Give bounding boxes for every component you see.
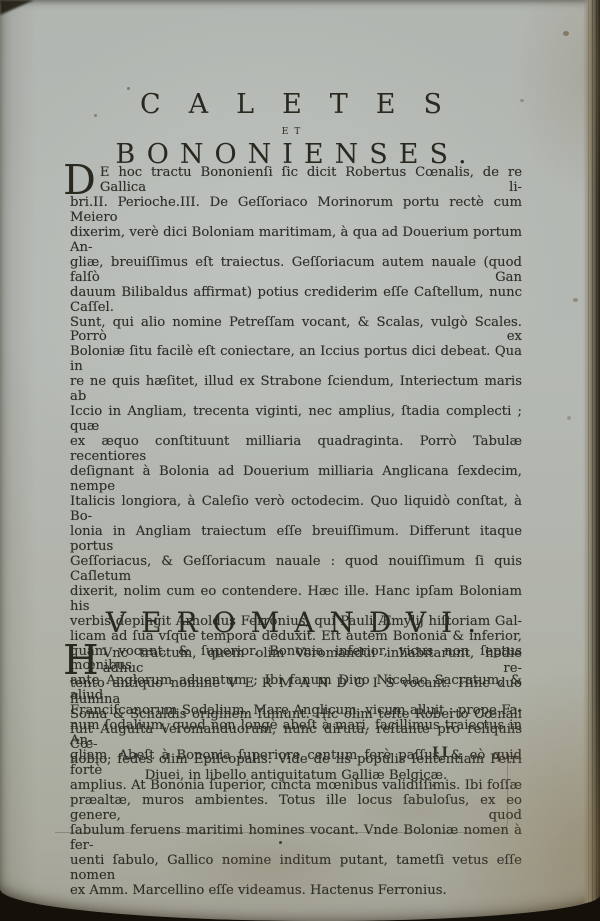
text-line: uenti ſabulo, Gallico nomine inditum put… [70, 854, 522, 884]
page-edge-line [588, 0, 589, 921]
text-line: dauum Bilibaldus affirmat) potius credid… [70, 286, 522, 316]
paragraph-veromandvi: HVnc tractum, quem olim Veromandui inhab… [70, 646, 522, 783]
book-photo: { "colors": { "photo_bg": "#14100a", "pa… [0, 0, 600, 921]
text-line: Sunt, qui alio nomine Petreſſam vocant, … [70, 316, 522, 346]
text-line: Soma & Schaldis originem ſumunt. Hic oli… [70, 707, 522, 722]
title-conjunction-et: ET [60, 127, 522, 137]
foxing-spot [563, 31, 569, 36]
text-line: Iccio in Angliam, trecenta viginti, nec … [70, 405, 522, 435]
book-page: CALETES ET BONONIENSES. DE hoc tractu Bo… [0, 0, 600, 921]
text-line: ſabulum feruens maritimi homines vocant.… [70, 824, 522, 854]
text-line: Geſſoriacus, & Geſſoriacum nauale : quod… [70, 555, 522, 585]
page-edge-line [592, 0, 593, 921]
text-line: præaltæ, muros ambientes. Totus ille loc… [70, 794, 522, 824]
text-line: fuit Auguſta Veromanduorum, nunc diruta,… [70, 722, 522, 752]
drop-cap: H [63, 646, 99, 676]
text-line: dixerim, verè dici Boloniam maritimam, à… [70, 226, 522, 256]
page-edge-stack [583, 0, 600, 921]
foxing-spot [567, 416, 571, 420]
text-line: Italicis longiora, à Caleſio verò octode… [70, 495, 522, 525]
text-line: bri.II. Perioche.III. De Geſſoriaco Mori… [70, 196, 522, 226]
text-line: ex Amm. Marcellino eſſe videamus. Hacten… [70, 884, 522, 899]
text-line: gliæ, breuiſſimus eſt traiectus. Geſſori… [70, 256, 522, 286]
folio-number: II [432, 745, 451, 761]
text-line: re ne quis hæſitet, illud ex Strabone ſc… [70, 375, 522, 405]
photo-corner-shadow [0, 0, 34, 15]
text-line: ex æquo conſtituunt milliaria quadragint… [70, 435, 522, 465]
text-line: E hoc tractu Bononienſi ſic dicit Robert… [70, 166, 522, 196]
paragraph-bononienses: DE hoc tractu Bononienſi ſic dicit Rober… [70, 166, 522, 899]
text-line: Diuei, in libello antiquitatum Galliæ Be… [70, 768, 522, 783]
text-line: deſignant à Bolonia ad Douerium milliari… [70, 465, 522, 495]
text-line: nobio, ſedes olim Epiſcopalis. Vide de i… [70, 752, 522, 767]
text-line: tento antiquo nomine V E R M A N D O I S… [70, 676, 522, 706]
section-heading-veromandvi: VEROMANDVI. [60, 607, 522, 639]
text-line: lonia in Angliam traiectum eſſe breuiſſi… [70, 525, 522, 555]
foxing-spot [573, 298, 578, 302]
page-edge-line [596, 0, 597, 921]
page-title-caletes: CALETES [60, 90, 522, 120]
text-line: Vnc tractum, quem olim Veromandui inhabi… [70, 646, 522, 676]
drop-cap: D [63, 166, 96, 196]
text-line: Boloniæ ſitu facilè eſt coniectare, an I… [70, 345, 522, 375]
